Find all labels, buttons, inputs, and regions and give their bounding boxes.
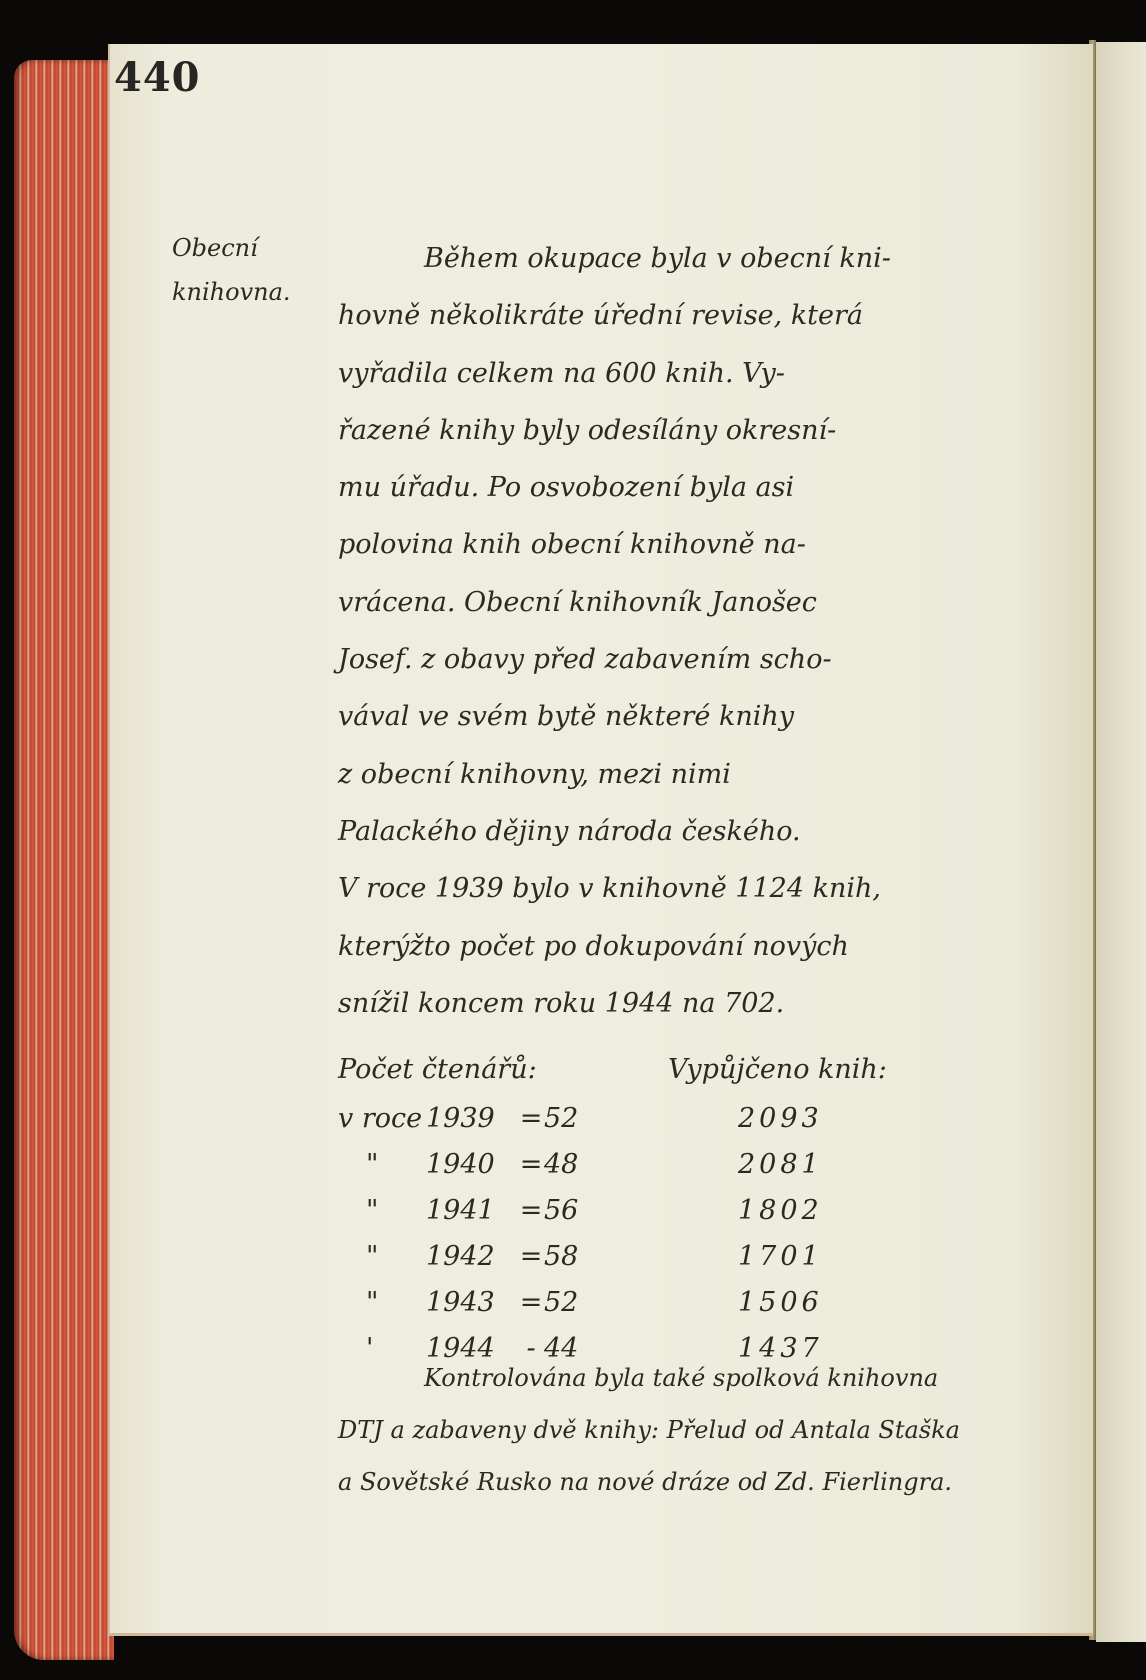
row-year: 1943 [426,1280,518,1326]
row-prefix: v roce [338,1096,426,1142]
text-line: vával ve svém bytě některé knihy [338,688,1028,745]
text-line: mu úřadu. Po osvobození byla asi [338,459,1028,516]
row-loans: 1701 [738,1234,918,1280]
stats-row: " 1940 = 48 2081 [338,1142,1028,1188]
row-readers: 56 [544,1188,738,1234]
margin-heading-line: Obecní [172,226,292,270]
row-readers: 52 [544,1280,738,1326]
text-line: Během okupace byla v obecní kni- [338,230,1028,287]
chronicle-page: 440 Obecní knihovna. Během okupace byla … [108,44,1093,1636]
text-line: vrácena. Obecní knihovník Janošec [338,574,1028,631]
stats-row: " 1942 = 58 1701 [338,1234,1028,1280]
row-readers: 58 [544,1234,738,1280]
text-line: polovina knih obecní knihovně na- [338,516,1028,573]
row-year: 1939 [426,1096,518,1142]
header-readers: Počet čtenářů: [338,1044,668,1096]
row-separator: = [518,1188,544,1234]
row-loans: 1802 [738,1188,918,1234]
header-loans: Vypůjčeno knih: [668,1044,968,1096]
row-readers: 48 [544,1142,738,1188]
text-line: řazené knihy byly odesílány okresní- [338,402,1028,459]
row-prefix: " [338,1280,426,1326]
row-readers: 52 [544,1096,738,1142]
row-separator: = [518,1280,544,1326]
closing-paragraph: Kontrolována byla také spolková knihovna… [338,1352,1058,1508]
stats-row: " 1941 = 56 1802 [338,1188,1028,1234]
stats-header-row: Počet čtenářů: Vypůjčeno knih: [338,1044,1028,1096]
page-edges-stack [14,60,114,1660]
row-separator: = [518,1096,544,1142]
row-prefix: " [338,1188,426,1234]
text-line: hovně několikráte úřední revise, která [338,287,1028,344]
text-line: Kontrolována byla také spolková knihovna [338,1352,1058,1404]
margin-heading: Obecní knihovna. [172,226,292,314]
margin-heading-line: knihovna. [172,270,292,314]
body-paragraph: Během okupace byla v obecní kni- hovně n… [338,230,1028,1032]
stats-row: " 1943 = 52 1506 [338,1280,1028,1326]
text-line: DTJ a zabaveny dvě knihy: Přelud od Anta… [338,1404,1058,1456]
row-separator: = [518,1234,544,1280]
row-year: 1941 [426,1188,518,1234]
row-loans: 2081 [738,1142,918,1188]
text-line: V roce 1939 bylo v knihovně 1124 knih, [338,860,1028,917]
text-line: snížil koncem roku 1944 na 702. [338,975,1028,1032]
row-prefix: " [338,1234,426,1280]
library-stats-table: Počet čtenářů: Vypůjčeno knih: v roce 19… [338,1044,1028,1372]
text-line: Josef. z obavy před zabavením scho- [338,631,1028,688]
row-separator: = [518,1142,544,1188]
text-line: Palackého dějiny národa českého. [338,803,1028,860]
facing-page [1096,42,1146,1642]
text-line: vyřadila celkem na 600 knih. Vy- [338,345,1028,402]
text-line: z obecní knihovny, mezi nimi [338,746,1028,803]
text-line: kterýžto počet po dokupování nových [338,918,1028,975]
page-number: 440 [114,54,201,101]
row-year: 1942 [426,1234,518,1280]
stats-row: v roce 1939 = 52 2093 [338,1096,1028,1142]
row-loans: 1506 [738,1280,918,1326]
row-loans: 2093 [738,1096,918,1142]
row-year: 1940 [426,1142,518,1188]
text-line: a Sovětské Rusko na nové dráze od Zd. Fi… [338,1456,1058,1508]
row-prefix: " [338,1142,426,1188]
